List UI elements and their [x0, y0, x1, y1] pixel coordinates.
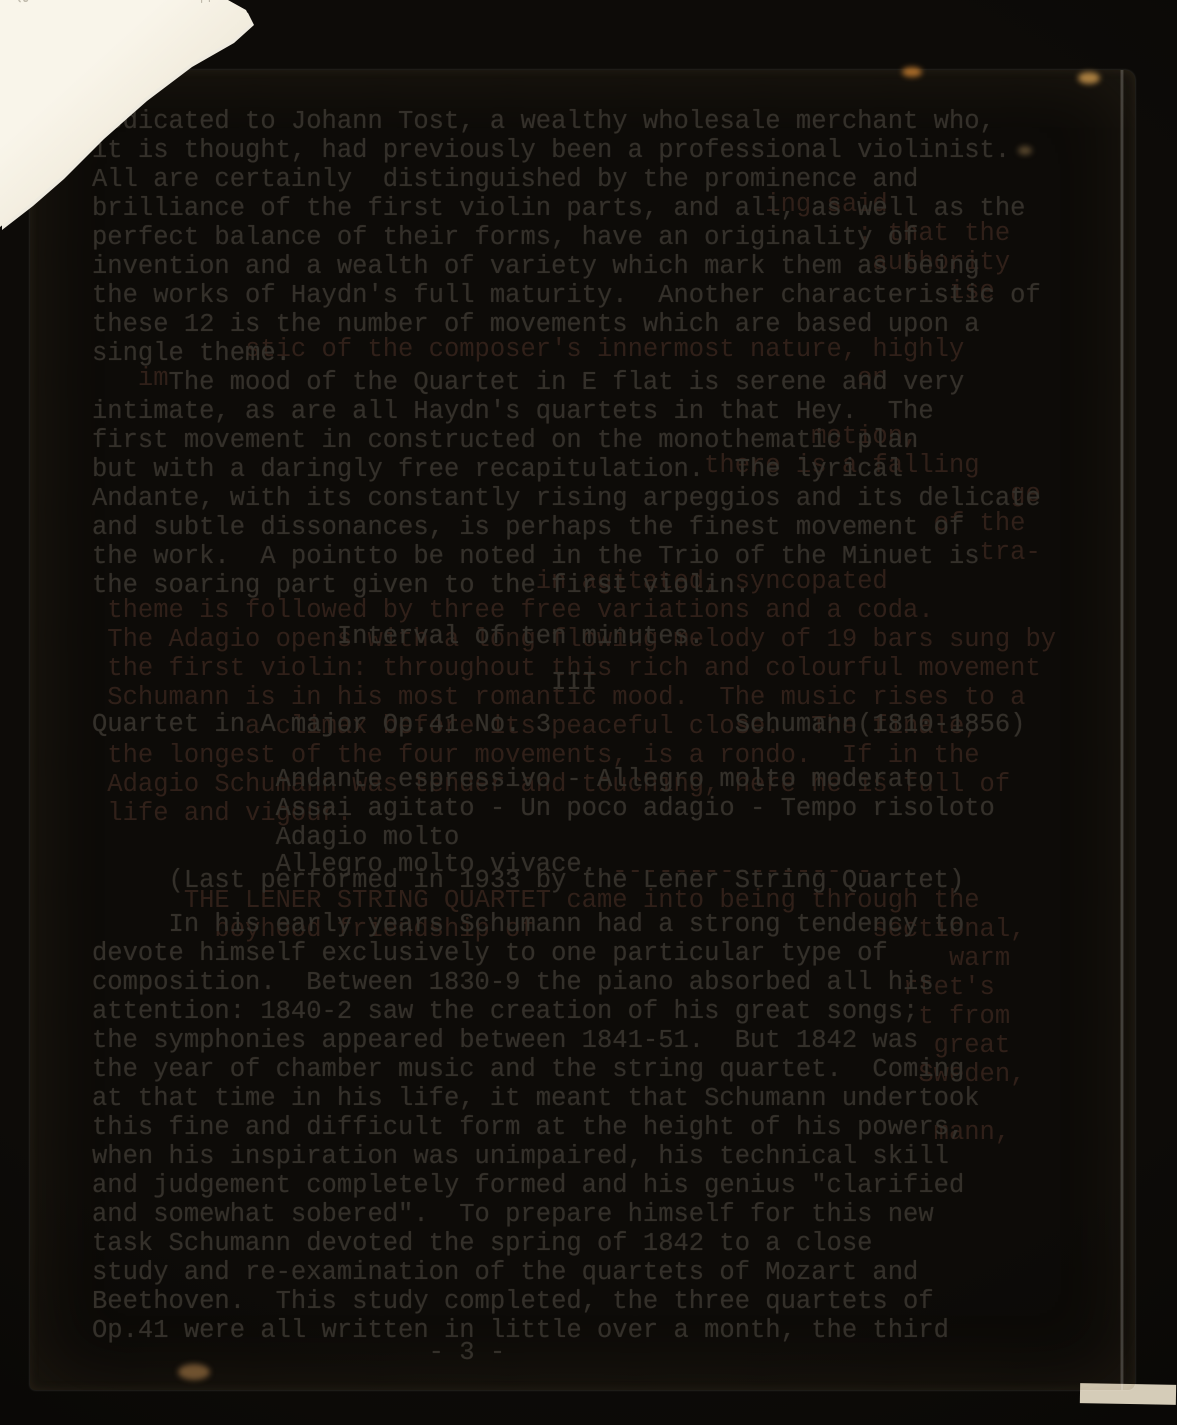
page-number: - 3 - — [92, 1338, 505, 1367]
typed-line: when his inspiration was unimpaired, his… — [92, 1142, 980, 1171]
photo-background: ing said : that the authority ise sti — [0, 0, 1177, 1425]
paragraph-quartet-e-flat: The mood of the Quartet in E flat is ser… — [92, 368, 1041, 600]
typed-line: and somewhat sobered". To prepare himsel… — [92, 1200, 980, 1229]
movement-line: Assai agitato - Un poco adagio - Tempo r… — [92, 794, 995, 823]
interval-line: Interval of ten minutes. — [92, 622, 704, 651]
typed-line: invention and a wealth of variety which … — [92, 252, 1041, 281]
typed-line: the year of chamber music and the string… — [92, 1055, 980, 1084]
section-numeral-line: III — [92, 668, 597, 697]
foxing-spot — [1018, 146, 1032, 155]
typed-line: In his early years Schumann had a strong… — [92, 910, 980, 939]
typed-line: first movement in constructed on the mon… — [92, 426, 1041, 455]
typed-line: Andante, with its constantly rising arpe… — [92, 484, 1041, 513]
last-performed-line: (Last performed in 1933 by the Lener Str… — [92, 866, 964, 895]
typed-line: attention: 1840-2 saw the creation of hi… — [92, 997, 980, 1026]
typed-line: intimate, as are all Haydn's quartets in… — [92, 397, 1041, 426]
typed-line: The mood of the Quartet in E flat is ser… — [92, 368, 1041, 397]
foxing-spot — [178, 1364, 210, 1380]
typed-line: the works of Haydn's full maturity. Anot… — [92, 281, 1041, 310]
work-heading: Quartet in A major Op.41 No. 3 Schumann(… — [92, 710, 1025, 739]
typed-line: these 12 is the number of movements whic… — [92, 310, 1041, 339]
foxing-spot — [902, 67, 922, 77]
typed-line: dedicated to Johann Tost, a wealthy whol… — [92, 107, 1041, 136]
page-number-line: - 3 - — [92, 1338, 505, 1367]
paragraph-haydn-quartets: dedicated to Johann Tost, a wealthy whol… — [92, 107, 1041, 368]
typed-line: and subtle dissonances, is perhaps the f… — [92, 513, 1041, 542]
typed-line: devote himself exclusively to one partic… — [92, 939, 980, 968]
typed-line: but with a daringly free recapitulation.… — [92, 455, 1041, 484]
typed-line: the soaring part given to the first viol… — [92, 571, 1041, 600]
typed-line: brilliance of the first violin parts, an… — [92, 194, 1041, 223]
typed-line: the work. A pointto be noted in the Trio… — [92, 542, 1041, 571]
typed-line: at that time in his life, it meant that … — [92, 1084, 980, 1113]
movement-line: Adagio molto — [92, 823, 995, 852]
typed-line: Beethoven. This study completed, the thr… — [92, 1287, 980, 1316]
typed-line: All are certainly distinguished by the p… — [92, 165, 1041, 194]
movement-line: Andante espressivo - Allegro molto moder… — [92, 765, 995, 794]
typed-line: task Schumann devoted the spring of 1842… — [92, 1229, 980, 1258]
ghost-line: theme is followed by three free variatio… — [92, 596, 1056, 625]
typed-line: single theme. — [92, 339, 1041, 368]
section-numeral: III — [92, 668, 597, 697]
typed-line: it is thought, had previously been a pro… — [92, 136, 1041, 165]
interval-note: Interval of ten minutes. — [92, 622, 704, 651]
typed-line: composition. Between 1830-9 the piano ab… — [92, 968, 980, 997]
typed-line: the symphonies appeared between 1841-51.… — [92, 1026, 980, 1055]
work-heading-line: Quartet in A major Op.41 No. 3 Schumann(… — [92, 710, 1025, 739]
typed-line: this fine and difficult form at the heig… — [92, 1113, 980, 1142]
mirrored-text-fragment: it f — [195, 0, 214, 4]
program-page: ing said : that the authority ise sti — [30, 70, 1135, 1390]
paper-crease-line — [1120, 70, 1124, 1390]
mirrored-text-fragment: shows a — [12, 0, 34, 4]
typed-line: and judgement completely formed and his … — [92, 1171, 980, 1200]
foxing-spot — [1078, 72, 1100, 84]
movement-list: Andante espressivo - Allegro molto moder… — [92, 765, 995, 852]
paragraph-schumann: In his early years Schumann had a strong… — [92, 910, 980, 1345]
last-performed-note: (Last performed in 1933 by the Lener Str… — [92, 866, 964, 895]
typed-line: perfect balance of their forms, have an … — [92, 223, 1041, 252]
typed-line: study and re-examination of the quartets… — [92, 1258, 980, 1287]
